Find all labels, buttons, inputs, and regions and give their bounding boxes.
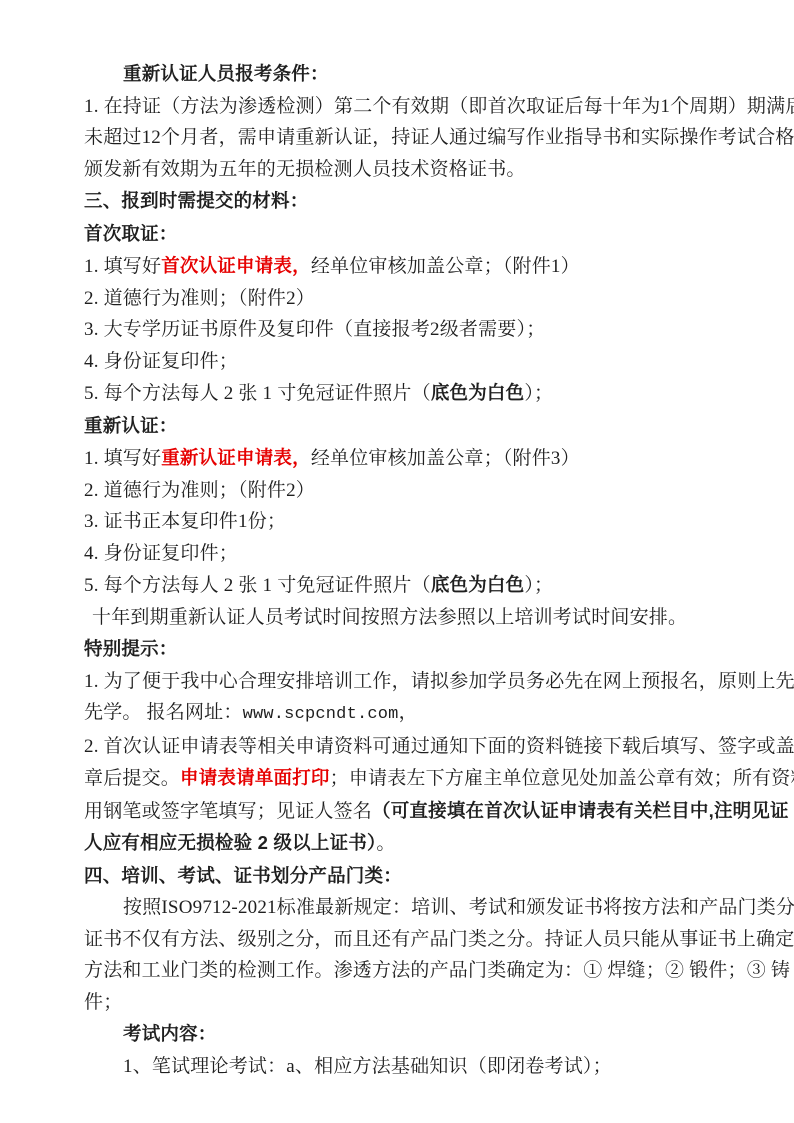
- list-item: 3. 证书正本复印件1份；: [84, 506, 734, 538]
- text-line: 章后提交。申请表请单面打印；申请表左下方雇主单位意见处加盖公章有效；所有资料: [84, 762, 734, 795]
- text-run: 1. 填写好: [84, 256, 161, 277]
- text-run: 用钢笔或签字笔填写；见证人签名: [84, 801, 372, 822]
- list-item: 2. 道德行为准则；（附件2）: [84, 475, 734, 507]
- subheading-recert: 重新认证：: [84, 410, 734, 443]
- text-run: 4. 身份证复印件；: [84, 543, 238, 564]
- highlight-white-background: 底色为白色: [431, 574, 525, 595]
- list-item: 2. 首次认证申请表等相关申请资料可通过通知下面的资料链接下载后填写、签字或盖: [84, 731, 734, 763]
- text-run: 1、笔试理论考试：a、相应方法基础知识（即闭卷考试）；: [123, 1056, 612, 1077]
- text-run: 1. 在持证（方法为渗透检测）第二个有效期（即首次取证后每十年为1个周期）期满后: [84, 96, 794, 117]
- text-run: 5. 每个方法每人 2 张 1 寸免冠证件照片（: [84, 575, 431, 596]
- text-line: 十年到期重新认证人员考试时间按照方法参照以上培训考试时间安排。: [84, 602, 734, 634]
- text-run: ，: [399, 702, 418, 723]
- text-run: ）；: [524, 383, 553, 404]
- text-run: 首次取证：: [84, 223, 178, 244]
- text-run: 2. 道德行为准则；（附件2）: [84, 288, 315, 309]
- text-run: 特别提示：: [84, 638, 178, 659]
- text-line: 按照ISO9712-2021标准最新规定：培训、考试和颁发证书将按方法和产品门类…: [84, 892, 734, 924]
- text-run: ）；: [524, 575, 553, 596]
- list-item: 4. 身份证复印件；: [84, 538, 734, 570]
- text-run: 2. 道德行为准则；（附件2）: [84, 480, 315, 501]
- text-run: 证书不仅有方法、级别之分，而且还有产品门类之分。持证人员只能从事证书上确定的: [84, 929, 794, 950]
- text-line: 方法和工业门类的检测工作。渗透方法的产品门类确定为：① 焊缝；② 锻件；③ 铸: [84, 955, 734, 987]
- text-run: 重新认证人员报考条件：: [123, 63, 329, 84]
- text-run: 经单位审核加盖公章；（附件1）: [311, 256, 580, 277]
- subheading-exam-content: 考试内容：: [84, 1018, 734, 1051]
- text-run: 章后提交。: [84, 768, 180, 789]
- subheading-recert-conditions: 重新认证人员报考条件：: [84, 58, 734, 91]
- subheading-first-cert: 首次取证：: [84, 218, 734, 251]
- text-run: 4. 身份证复印件；: [84, 351, 238, 372]
- highlight-white-background: 底色为白色: [431, 382, 525, 403]
- text-run: 5. 每个方法每人 2 张 1 寸免冠证件照片（: [84, 383, 431, 404]
- highlight-witness-note: 人应有相应无损检验 2 级以上证书）: [84, 832, 376, 853]
- registration-url: www.scpcndt.com: [243, 705, 399, 724]
- text-run: 1. 填写好: [84, 448, 161, 469]
- text-line: 件；: [84, 987, 734, 1019]
- subheading-special-notice: 特别提示：: [84, 633, 734, 666]
- text-run: 1. 为了便于我中心合理安排培训工作，请拟参加学员务必先在网上预报名，原则上先报: [84, 671, 794, 692]
- text-run: 重新认证：: [84, 415, 178, 436]
- text-line: 颁发新有效期为五年的无损检测人员技术资格证书。: [84, 154, 734, 186]
- text-run: 考试内容：: [123, 1023, 217, 1044]
- list-item: 3. 大专学历证书原件及复印件（直接报考2级者需要）；: [84, 314, 734, 346]
- list-item: 1. 填写好重新认证申请表，经单位审核加盖公章；（附件3）: [84, 442, 734, 475]
- text-run: 四、培训、考试、证书划分产品门类：: [84, 865, 402, 886]
- highlight-witness-note: （可直接填在首次认证申请表有关栏目中,注明见证: [372, 800, 789, 821]
- heading-section-4: 四、培训、考试、证书划分产品门类：: [84, 860, 734, 893]
- text-line: 人应有相应无损检验 2 级以上证书）。: [84, 827, 734, 860]
- text-line: 1、笔试理论考试：a、相应方法基础知识（即闭卷考试）；: [84, 1051, 734, 1083]
- highlight-recert-form: 重新认证申请表，: [161, 447, 311, 468]
- list-item: 1. 为了便于我中心合理安排培训工作，请拟参加学员务必先在网上预报名，原则上先报: [84, 666, 734, 698]
- text-run: 经单位审核加盖公章；（附件3）: [311, 448, 580, 469]
- text-run: 颁发新有效期为五年的无损检测人员技术资格证书。: [84, 159, 526, 180]
- text-line: 证书不仅有方法、级别之分，而且还有产品门类之分。持证人员只能从事证书上确定的: [84, 924, 734, 956]
- text-run: 十年到期重新认证人员考试时间按照方法参照以上培训考试时间安排。: [92, 607, 687, 628]
- highlight-single-side-print: 申请表请单面打印: [180, 767, 330, 788]
- text-run: 2. 首次认证申请表等相关申请资料可通过通知下面的资料链接下载后填写、签字或盖: [84, 736, 794, 757]
- text-run: 未超过12个月者，需申请重新认证，持证人通过编写作业指导书和实际操作考试合格后，: [84, 127, 794, 148]
- list-item: 1. 填写好首次认证申请表，经单位审核加盖公章；（附件1）: [84, 250, 734, 283]
- list-item: 5. 每个方法每人 2 张 1 寸免冠证件照片（底色为白色）；: [84, 377, 734, 410]
- text-line: 未超过12个月者，需申请重新认证，持证人通过编写作业指导书和实际操作考试合格后，: [84, 122, 734, 154]
- text-run: 按照ISO9712-2021标准最新规定：培训、考试和颁发证书将按方法和产品门类…: [123, 897, 794, 918]
- text-line: 先学。 报名网址：www.scpcndt.com，: [84, 697, 734, 731]
- text-run: 。: [376, 833, 395, 854]
- text-line: 1. 在持证（方法为渗透检测）第二个有效期（即首次取证后每十年为1个周期）期满后: [84, 91, 734, 123]
- text-run: 3. 大专学历证书原件及复印件（直接报考2级者需要）；: [84, 319, 545, 340]
- text-run: 三、报到时需提交的材料：: [84, 190, 308, 211]
- heading-section-3: 三、报到时需提交的材料：: [84, 185, 734, 218]
- highlight-first-cert-form: 首次认证申请表，: [161, 255, 311, 276]
- list-item: 4. 身份证复印件；: [84, 346, 734, 378]
- text-run: 3. 证书正本复印件1份；: [84, 511, 286, 532]
- text-run: 件；: [84, 992, 122, 1013]
- text-run: 方法和工业门类的检测工作。渗透方法的产品门类确定为：① 焊缝；② 锻件；③ 铸: [84, 960, 790, 981]
- document-page: 重新认证人员报考条件： 1. 在持证（方法为渗透检测）第二个有效期（即首次取证后…: [0, 0, 794, 1123]
- text-line: 用钢笔或签字笔填写；见证人签名（可直接填在首次认证申请表有关栏目中,注明见证: [84, 795, 734, 828]
- list-item: 2. 道德行为准则；（附件2）: [84, 283, 734, 315]
- text-run: 先学。 报名网址：: [84, 702, 243, 723]
- list-item: 5. 每个方法每人 2 张 1 寸免冠证件照片（底色为白色）；: [84, 569, 734, 602]
- text-run: ；申请表左下方雇主单位意见处加盖公章有效；所有资料: [330, 768, 794, 789]
